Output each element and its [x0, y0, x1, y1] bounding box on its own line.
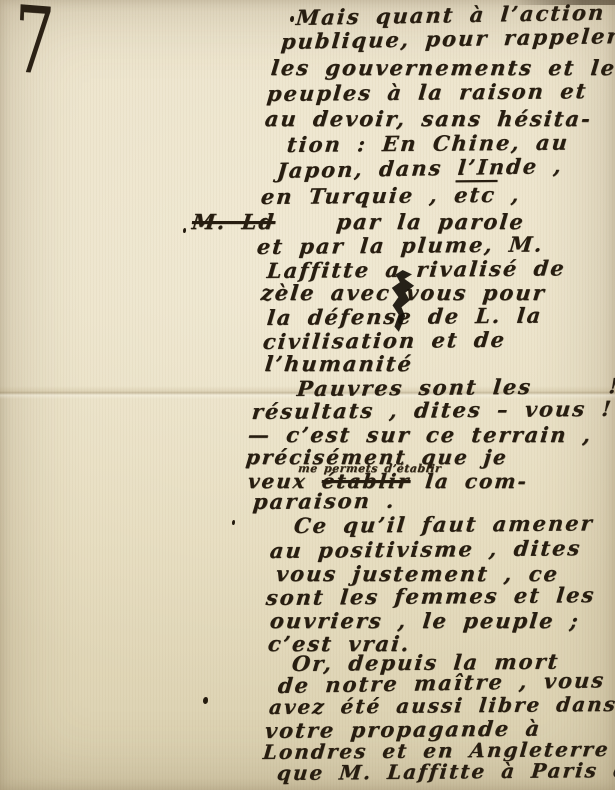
- handwritten-text: au positivisme , dites: [269, 535, 583, 563]
- manuscript-line: l’humanité: [264, 352, 414, 376]
- handwritten-text: l’humanité: [264, 351, 415, 376]
- manuscript-line: ouvriers , le peuple ;: [269, 609, 581, 633]
- manuscript-line: avez été aussi libre dans: [268, 693, 615, 718]
- manuscript-line: sont les femmes et les: [265, 583, 597, 609]
- crossed-out-text: M. Ld: [191, 209, 277, 234]
- manuscript-line: Laffitte a rivalisé de: [266, 256, 567, 282]
- handwritten-text: Laffitte a rivalisé de: [266, 255, 567, 283]
- manuscript-line: — c’est sur ce terrain ,: [247, 423, 594, 447]
- manuscript-line: Ce qu’il faut amener: [293, 511, 595, 537]
- handwritten-text: ouvriers , le peuple ;: [269, 608, 581, 633]
- handwritten-text: les gouvernements et les: [270, 55, 615, 80]
- handwritten-text: — c’est sur ce terrain ,: [247, 422, 594, 447]
- scanned-letter-photo: 7 Mais quant à l’actionpublique, pour ra…: [0, 0, 615, 790]
- manuscript-line: et par la plume, M.: [256, 232, 545, 258]
- overlined-text: etc: [453, 182, 497, 207]
- handwritten-text: paraison .: [252, 488, 397, 514]
- manuscript-line: M. Ld par la parole: [191, 210, 526, 234]
- handwritten-text: que M. Laffitte à Paris et: [276, 758, 615, 785]
- manuscript-line: en Turquie , etc ,: [260, 183, 522, 209]
- handwritten-text: en Turquie ,: [260, 182, 456, 209]
- handwritten-text: avez été aussi libre dans: [268, 692, 615, 719]
- handwritten-text: au devoir, sans hésita-: [264, 106, 593, 131]
- manuscript-line: au positivisme , dites: [269, 536, 583, 562]
- handwritten-text: ,: [495, 182, 522, 207]
- handwritten-text: et par la plume, M.: [256, 231, 545, 259]
- handwritten-text: Ce qu’il faut amener: [293, 510, 595, 538]
- handwritten-text: par la parole: [274, 209, 526, 234]
- handwritten-text: peuples à la raison et: [266, 78, 589, 106]
- handwritten-text: la com-: [409, 469, 529, 493]
- manuscript-line: au devoir, sans hésita-: [264, 107, 593, 131]
- handwritten-text: résultats , dites – vous !: [251, 396, 614, 424]
- manuscript-line: paraison .: [252, 489, 397, 514]
- handwritten-text: Japon, dans l’Inde ,: [276, 153, 564, 183]
- manuscript-line: les gouvernements et les: [270, 56, 615, 80]
- handwritten-text: sont les femmes et les: [265, 582, 597, 610]
- manuscript-line: civilisation et de: [262, 328, 507, 354]
- handwritten-text: civilisation et de: [262, 327, 507, 354]
- manuscript-line: Japon, dans l’Inde ,: [276, 154, 564, 183]
- manuscript-line: résultats , dites – vous !: [251, 397, 614, 424]
- manuscript-line: peuples à la raison et: [266, 79, 589, 105]
- manuscript-line: que M. Laffitte à Paris et: [276, 759, 615, 785]
- page-number: 7: [12, 0, 56, 96]
